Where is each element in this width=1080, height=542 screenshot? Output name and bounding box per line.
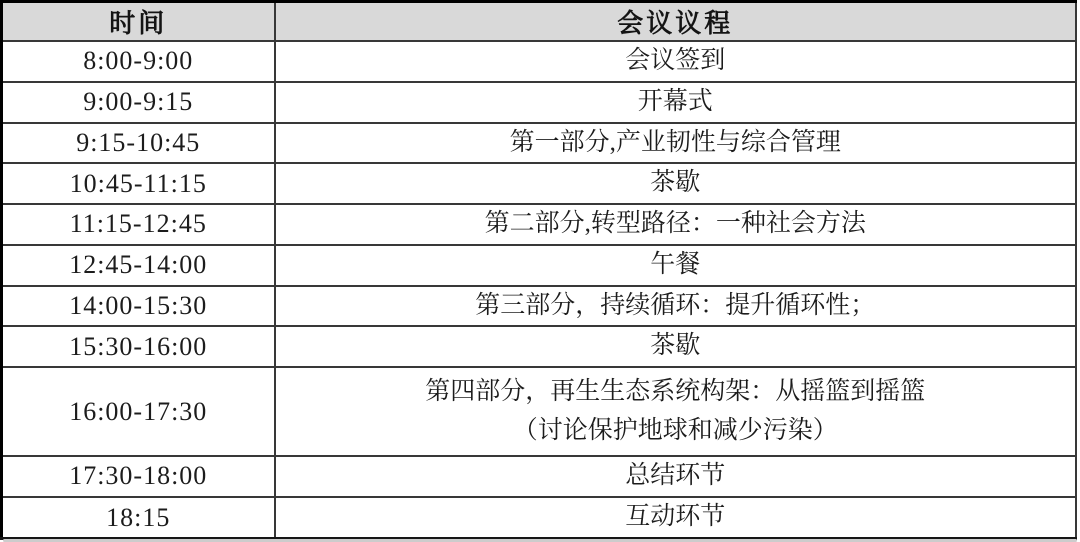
agenda-cell: 第四部分，再生生态系统构架：从摇篮到摇篮 （讨论保护地球和减少污染） [275, 367, 1077, 456]
agenda-page: 时间 会议议程 8:00-9:00 会议签到 9:00-9:15 开幕式 9:1… [0, 0, 1080, 542]
table-row: 15:30-16:00 茶歇 [2, 326, 1077, 367]
time-column-header: 时间 [2, 2, 275, 42]
agenda-text: 第三部分，持续循环：提升循环性； [276, 287, 1076, 326]
time-cell: 9:00-9:15 [2, 82, 275, 123]
agenda-text: 茶歇 [276, 164, 1076, 203]
agenda-cell: 第一部分,产业韧性与综合管理 [275, 123, 1077, 164]
agenda-cell: 第二部分,转型路径：一种社会方法 [275, 204, 1077, 245]
agenda-text: 茶歇 [276, 327, 1076, 366]
agenda-cell: 会议签到 [275, 41, 1077, 82]
agenda-cell: 茶歇 [275, 326, 1077, 367]
time-cell: 17:30-18:00 [2, 456, 275, 497]
agenda-text: 第二部分,转型路径：一种社会方法 [276, 205, 1076, 244]
header-row: 时间 会议议程 [2, 2, 1077, 42]
time-cell: 15:30-16:00 [2, 326, 275, 367]
time-cell: 9:15-10:45 [2, 123, 275, 164]
table-row: 18:15 互动环节 [2, 497, 1077, 539]
table-row: 10:45-11:15 茶歇 [2, 163, 1077, 204]
agenda-text: （讨论保护地球和减少污染） [276, 412, 1076, 451]
agenda-cell: 午餐 [275, 245, 1077, 286]
time-cell: 11:15-12:45 [2, 204, 275, 245]
time-cell: 14:00-15:30 [2, 286, 275, 327]
agenda-cell: 茶歇 [275, 163, 1077, 204]
table-row: 12:45-14:00 午餐 [2, 245, 1077, 286]
table-row: 8:00-9:00 会议签到 [2, 41, 1077, 82]
agenda-cell: 第三部分，持续循环：提升循环性； [275, 286, 1077, 327]
time-cell: 10:45-11:15 [2, 163, 275, 204]
agenda-column-header: 会议议程 [275, 2, 1077, 42]
time-cell: 12:45-14:00 [2, 245, 275, 286]
table-row: 9:15-10:45 第一部分,产业韧性与综合管理 [2, 123, 1077, 164]
table-row: 17:30-18:00 总结环节 [2, 456, 1077, 497]
time-cell: 18:15 [2, 497, 275, 539]
table-row: 16:00-17:30 第四部分，再生生态系统构架：从摇篮到摇篮 （讨论保护地球… [2, 367, 1077, 456]
agenda-text: 第四部分，再生生态系统构架：从摇篮到摇篮 [276, 373, 1076, 412]
agenda-cell: 开幕式 [275, 82, 1077, 123]
time-cell: 16:00-17:30 [2, 367, 275, 456]
table-row: 11:15-12:45 第二部分,转型路径：一种社会方法 [2, 204, 1077, 245]
agenda-text: 开幕式 [276, 83, 1076, 122]
agenda-text: 第一部分,产业韧性与综合管理 [276, 124, 1076, 163]
agenda-text: 总结环节 [276, 457, 1076, 496]
table-row: 9:00-9:15 开幕式 [2, 82, 1077, 123]
time-cell: 8:00-9:00 [2, 41, 275, 82]
agenda-cell: 总结环节 [275, 456, 1077, 497]
agenda-text: 互动环节 [276, 498, 1076, 537]
agenda-text: 午餐 [276, 246, 1076, 285]
agenda-table: 时间 会议议程 8:00-9:00 会议签到 9:00-9:15 开幕式 9:1… [0, 0, 1077, 540]
agenda-text: 会议签到 [276, 42, 1076, 81]
agenda-cell: 互动环节 [275, 497, 1077, 539]
table-row: 14:00-15:30 第三部分，持续循环：提升循环性； [2, 286, 1077, 327]
